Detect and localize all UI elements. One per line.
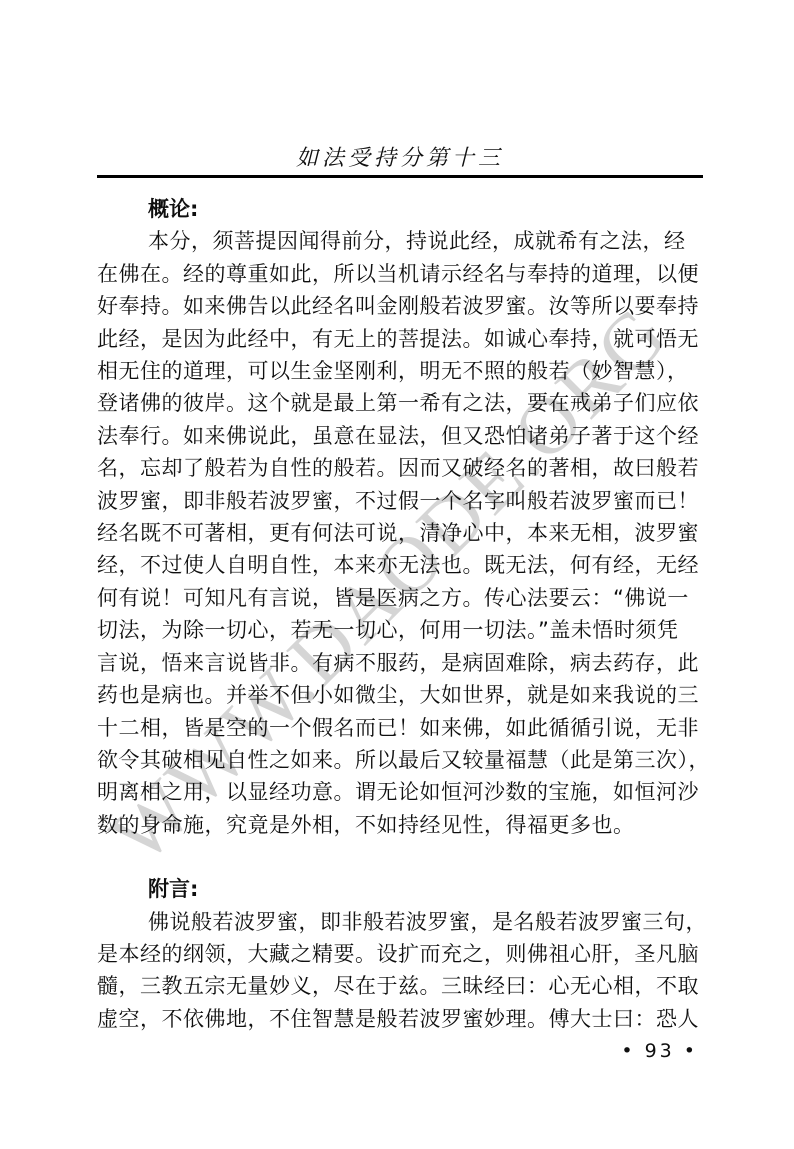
text-line: 药也是病也。并举不但小如微尘，大如世界，就是如来我说的三	[97, 679, 713, 711]
text-line: 经名既不可著相，更有何法可说，清净心中，本来无相，波罗蜜	[97, 517, 713, 549]
text-line: 相无住的道理，可以生金坚刚利，明无不照的般若（妙智慧），	[97, 355, 713, 387]
text-line: 何有说！可知凡有言说，皆是医病之方。传心法要云：“佛说一	[97, 582, 713, 614]
text-line: 此经，是因为此经中，有无上的菩提法。如诚心奉持，就可悟无	[97, 323, 713, 355]
section-overview: 概论: 本分，须菩提因闻得前分，持说此经，成就希有之法，经在佛在。经的尊重如此，…	[97, 193, 713, 841]
text-line: 波罗蜜，即非般若波罗蜜，不过假一个名字叫般若波罗蜜而已！	[97, 485, 713, 517]
document-page: WWW.DAODE.ORG 如法受持分第十三 概论: 本分，须菩提因闻得前分，持…	[0, 0, 794, 1149]
text-line: 登诸佛的彼岸。这个就是最上第一希有之法，要在戒弟子们应依	[97, 387, 713, 419]
text-line: 数的身命施，究竟是外相，不如持经见性，得福更多也。	[97, 809, 713, 841]
text-line: 言说，悟来言说皆非。有病不服药，是病固难除，病去药存，此	[97, 647, 713, 679]
page-number: • 93 •	[621, 1040, 698, 1062]
text-line: 在佛在。经的尊重如此，所以当机请示经名与奉持的道理，以便	[97, 258, 713, 290]
section-body-overview: 本分，须菩提因闻得前分，持说此经，成就希有之法，经在佛在。经的尊重如此，所以当机…	[97, 225, 713, 841]
text-line: 法奉行。如来佛说此，虽意在显法，但又恐怕诸弟子著于这个经	[97, 420, 713, 452]
section-heading-overview: 概论:	[97, 193, 713, 225]
text-line: 欲令其破相见自性之如来。所以最后又较量福慧（此是第三次），	[97, 744, 713, 776]
text-line: 虚空，不依佛地，不住智慧是般若波罗蜜妙理。傅大士曰：恐人	[97, 1003, 713, 1035]
section-heading-postscript: 附言:	[97, 873, 713, 905]
section-body-postscript: 佛说般若波罗蜜，即非般若波罗蜜，是名般若波罗蜜三句，是本经的纲领，大藏之精要。设…	[97, 906, 713, 1036]
text-line: 切法，为除一切心，若无一切心，何用一切法。”盖未悟时须凭	[97, 614, 713, 646]
text-line: 本分，须菩提因闻得前分，持说此经，成就希有之法，经	[97, 225, 713, 257]
text-line: 明离相之用，以显经功意。谓无论如恒河沙数的宝施，如恒河沙	[97, 776, 713, 808]
text-line: 经，不过使人自明自性，本来亦无法也。既无法，何有经，无经	[97, 549, 713, 581]
text-line: 髓，三教五宗无量妙义，尽在于兹。三昧经曰：心无心相，不取	[97, 970, 713, 1002]
header-rule-divider	[97, 175, 703, 178]
text-line: 好奉持。如来佛告以此经名叫金刚般若波罗蜜。汝等所以要奉持	[97, 290, 713, 322]
text-line: 佛说般若波罗蜜，即非般若波罗蜜，是名般若波罗蜜三句，	[97, 906, 713, 938]
text-line: 十二相，皆是空的一个假名而已！如来佛，如此循循引说，无非	[97, 712, 713, 744]
page-header-title: 如法受持分第十三	[97, 141, 703, 172]
text-line: 名，忘却了般若为自性的般若。因而又破经名的著相，故曰般若	[97, 452, 713, 484]
section-postscript: 附言: 佛说般若波罗蜜，即非般若波罗蜜，是名般若波罗蜜三句，是本经的纲领，大藏之…	[97, 873, 713, 1035]
text-line: 是本经的纲领，大藏之精要。设扩而充之，则佛祖心肝，圣凡脑	[97, 938, 713, 970]
page-content: 概论: 本分，须菩提因闻得前分，持说此经，成就希有之法，经在佛在。经的尊重如此，…	[97, 193, 713, 1035]
